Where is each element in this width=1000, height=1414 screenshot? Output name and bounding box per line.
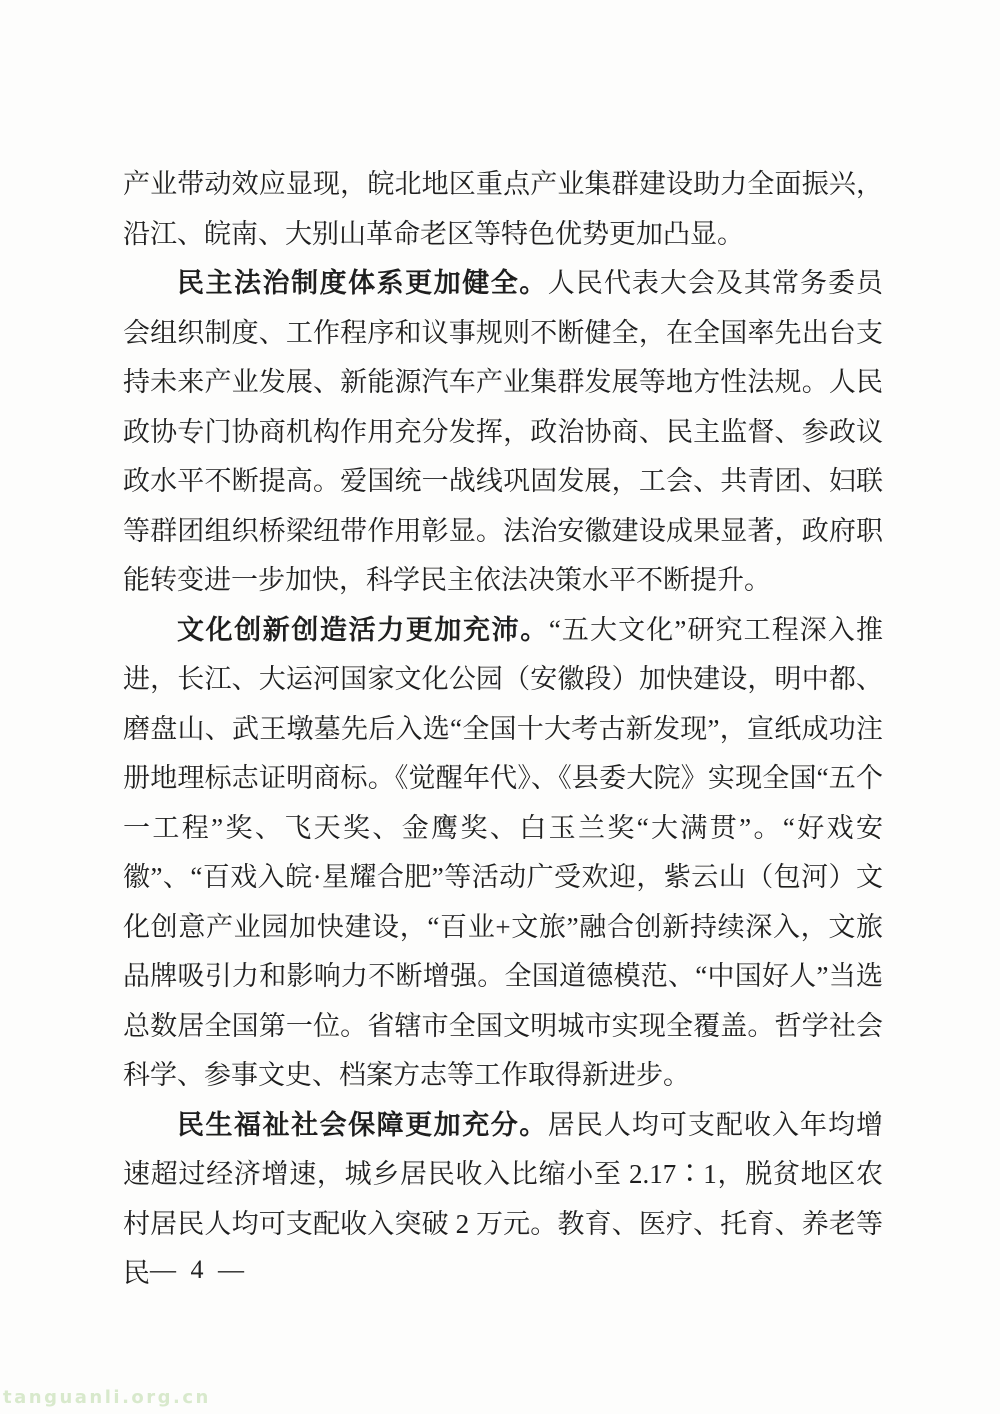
document-text-block: 产业带动效应显现，皖北地区重点产业集群建设助力全面振兴，沿江、皖南、大别山革命老…	[123, 160, 883, 1299]
page-number: — 4 —	[150, 1255, 248, 1285]
paragraph-democracy-law: 民主法治制度体系更加健全。人民代表大会及其常务委员会组织制度、工作程序和议事规则…	[123, 259, 883, 606]
paragraph-lead: 民主法治制度体系更加健全。	[177, 268, 548, 298]
paragraph-body: 产业带动效应显现，皖北地区重点产业集群建设助力全面振兴，沿江、皖南、大别山革命老…	[123, 169, 883, 249]
watermark: tanguanli.org.cn	[3, 1387, 211, 1408]
paragraph-body: 人民代表大会及其常务委员会组织制度、工作程序和议事规则不断健全，在全国率先出台支…	[123, 268, 883, 595]
document-page: 产业带动效应显现，皖北地区重点产业集群建设助力全面振兴，沿江、皖南、大别山革命老…	[0, 0, 1000, 1414]
paragraph-lead: 文化创新创造活力更加充沛。	[177, 615, 549, 645]
paragraph-continued: 产业带动效应显现，皖北地区重点产业集群建设助力全面振兴，沿江、皖南、大别山革命老…	[123, 160, 883, 259]
paragraph-body: “五大文化”研究工程深入推进，长江、大运河国家文化公园（安徽段）加快建设，明中都…	[123, 615, 883, 1091]
paragraph-lead: 民生福祉社会保障更加充分。	[177, 1110, 548, 1140]
paragraph-culture-innovation: 文化创新创造活力更加充沛。“五大文化”研究工程深入推进，长江、大运河国家文化公园…	[123, 606, 883, 1101]
